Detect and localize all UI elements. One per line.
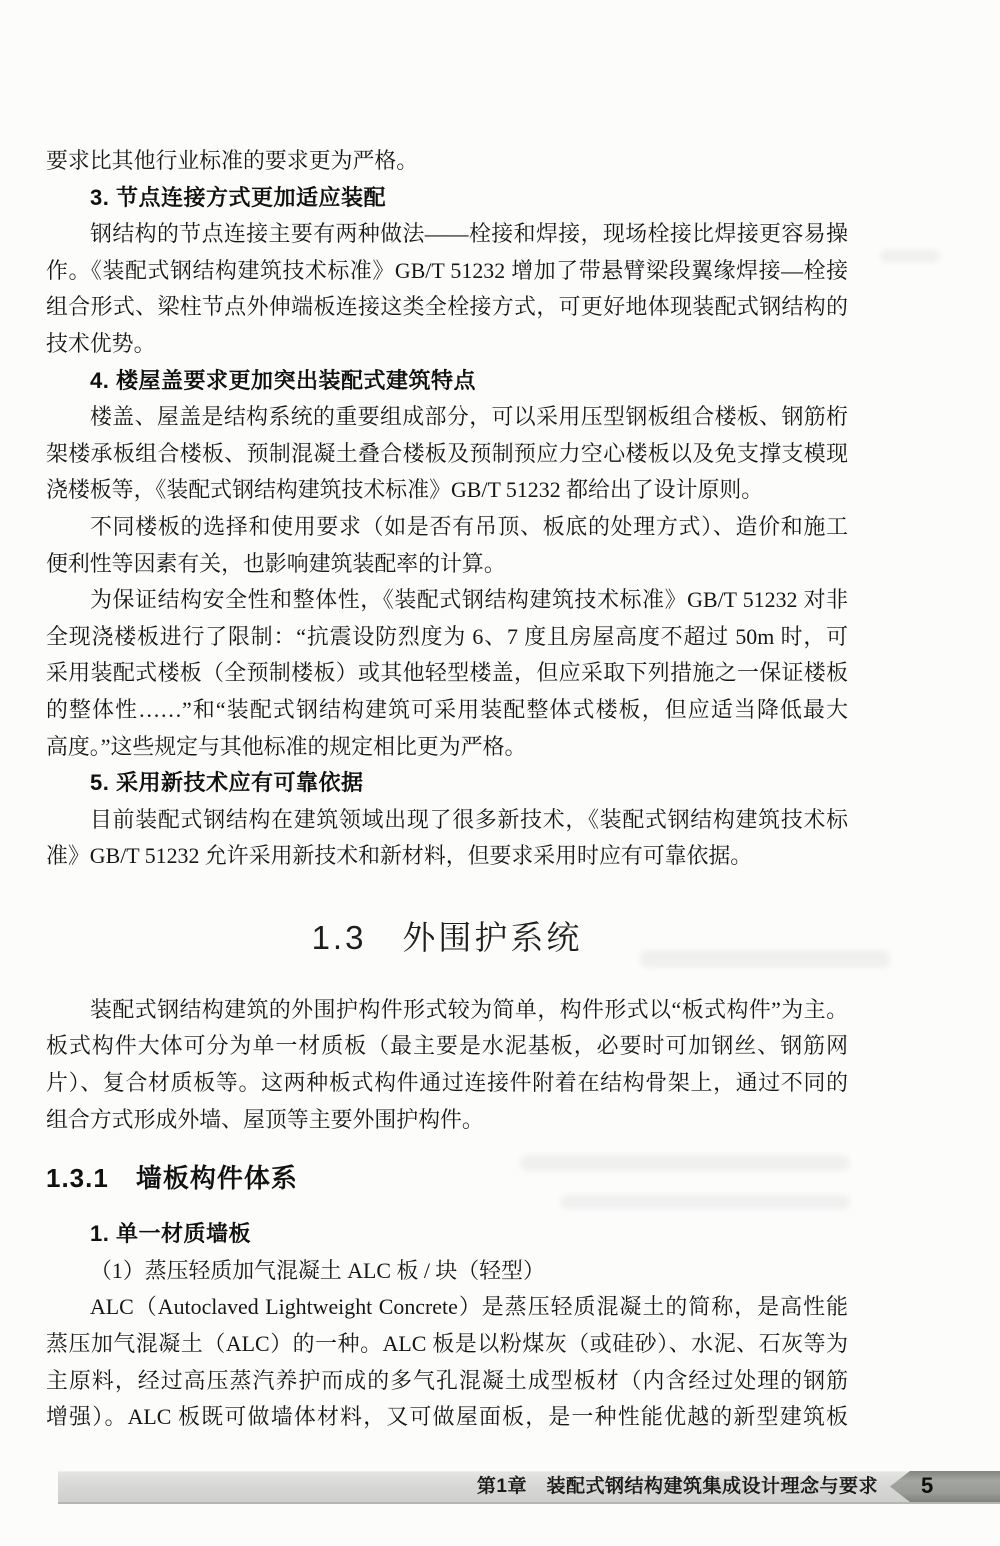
text-line: 片）、复合材质板等。这两种板式构件通过连接件附着在结构骨架上，通过不同的 (46, 1065, 848, 1102)
paragraph: 目前装配式钢结构在建筑领域出现了很多新技术，《装配式钢结构建筑技术标准》GB/T… (46, 802, 848, 875)
text-line: 组合方式形成外墙、屋顶等主要外围护构件。 (46, 1102, 848, 1139)
text-line: 作。《装配式钢结构建筑技术标准》GB/T 51232 增加了带悬臂梁段翼缘焊接—… (46, 253, 848, 290)
text-line: 板式构件大体可分为单一材质板（最主要是水泥基板，必要时可加钢丝、钢筋网 (46, 1028, 848, 1065)
paragraph: 不同楼板的选择和使用要求（如是否有吊顶、板底的处理方式）、造价和施工便利性等因素… (46, 509, 848, 582)
text-line: 全现浇楼板进行了限制：“抗震设防烈度为 6、7 度且房屋高度不超过 50m 时，… (46, 619, 848, 656)
text-line: 主原料，经过高压蒸汽养护而成的多气孔混凝土成型板材（内含经过处理的钢筋 (46, 1363, 848, 1400)
text-line: 蒸压加气混凝土（ALC）的一种。ALC 板是以粉煤灰（或硅砂）、水泥、石灰等为 (46, 1326, 848, 1363)
text-line: 高度。”这些规定与其他标准的规定相比更为严格。 (46, 729, 848, 766)
text-line: 增强）。ALC 板既可做墙体材料，又可做屋面板，是一种性能优越的新型建筑板 (46, 1399, 848, 1436)
text-line: 4. 楼屋盖要求更加突出装配式建筑特点 (46, 363, 848, 400)
text-line: 钢结构的节点连接主要有两种做法——栓接和焊接，现场栓接比焊接更容易操 (46, 216, 848, 253)
text-line: 组合形式、梁柱节点外伸端板连接这类全栓接方式，可更好地体现装配式钢结构的 (46, 289, 848, 326)
text-line: 要求比其他行业标准的要求更为严格。 (46, 143, 848, 180)
section-title: 1.3 外围护系统 (46, 915, 848, 961)
footer-chapter-label: 第1章 装配式钢结构建筑集成设计理念与要求 (477, 1471, 878, 1502)
subsection-title: 1.3.1 墙板构件体系 (46, 1158, 848, 1198)
scanned-book-page: { "document": { "blocks": [ { "type": "p… (0, 0, 1000, 1546)
paragraph: （1）蒸压轻质加气混凝土 ALC 板 / 块（轻型） (46, 1253, 848, 1290)
text-line: 1.3.1 墙板构件体系 (46, 1158, 848, 1198)
text-line: 便利性等因素有关，也影响建筑装配率的计算。 (46, 546, 848, 583)
text-line: （1）蒸压轻质加气混凝土 ALC 板 / 块（轻型） (46, 1253, 848, 1290)
text-line: 楼盖、屋盖是结构系统的重要组成部分，可以采用压型钢板组合楼板、钢筋桁 (46, 399, 848, 436)
footer-bar: 第1章 装配式钢结构建筑集成设计理念与要求 5 (58, 1471, 1000, 1502)
paragraph: 装配式钢结构建筑的外围护构件形式较为简单，构件形式以“板式构件”为主。板式构件大… (46, 992, 848, 1138)
paragraph: 要求比其他行业标准的要求更为严格。 (46, 143, 848, 180)
page-body: 要求比其他行业标准的要求更为严格。3. 节点连接方式更加适应装配钢结构的节点连接… (46, 143, 848, 1436)
text-line: 目前装配式钢结构在建筑领域出现了很多新技术，《装配式钢结构建筑技术标 (46, 802, 848, 839)
num-heading: 3. 节点连接方式更加适应装配 (46, 180, 848, 217)
text-line: 3. 节点连接方式更加适应装配 (46, 180, 848, 217)
paragraph: 钢结构的节点连接主要有两种做法——栓接和焊接，现场栓接比焊接更容易操作。《装配式… (46, 216, 848, 362)
paragraph: 楼盖、屋盖是结构系统的重要组成部分，可以采用压型钢板组合楼板、钢筋桁架楼承板组合… (46, 399, 848, 509)
scan-artifact (880, 250, 940, 262)
text-line: 不同楼板的选择和使用要求（如是否有吊顶、板底的处理方式）、造价和施工 (46, 509, 848, 546)
text-line: 1.3 外围护系统 (46, 915, 848, 961)
num-heading: 1. 单一材质墙板 (46, 1216, 848, 1253)
text-line: 准》GB/T 51232 允许采用新技术和新材料，但要求采用时应有可靠依据。 (46, 838, 848, 875)
page-number-badge: 5 (890, 1471, 1000, 1502)
text-line: 浇楼板等，《装配式钢结构建筑技术标准》GB/T 51232 都给出了设计原则。 (46, 472, 848, 509)
text-line: 技术优势。 (46, 326, 848, 363)
text-line: 5. 采用新技术应有可靠依据 (46, 765, 848, 802)
page-number: 5 (921, 1471, 933, 1502)
paragraph: 为保证结构安全性和整体性，《装配式钢结构建筑技术标准》GB/T 51232 对非… (46, 582, 848, 765)
text-line: 架楼承板组合楼板、预制混凝土叠合楼板及预制预应力空心楼板以及免支撑支模现 (46, 436, 848, 473)
text-line: 1. 单一材质墙板 (46, 1216, 848, 1253)
text-line: 装配式钢结构建筑的外围护构件形式较为简单，构件形式以“板式构件”为主。 (46, 992, 848, 1029)
paragraph: ALC（Autoclaved Lightweight Concrete）是蒸压轻… (46, 1289, 848, 1435)
num-heading: 4. 楼屋盖要求更加突出装配式建筑特点 (46, 363, 848, 400)
text-line: 的整体性……”和“装配式钢结构建筑可采用装配整体式楼板，但应适当降低最大 (46, 692, 848, 729)
text-line: 为保证结构安全性和整体性，《装配式钢结构建筑技术标准》GB/T 51232 对非 (46, 582, 848, 619)
num-heading: 5. 采用新技术应有可靠依据 (46, 765, 848, 802)
text-line: 采用装配式楼板（全预制楼板）或其他轻型楼盖，但应采取下列措施之一保证楼板 (46, 655, 848, 692)
text-line: ALC（Autoclaved Lightweight Concrete）是蒸压轻… (46, 1289, 848, 1326)
